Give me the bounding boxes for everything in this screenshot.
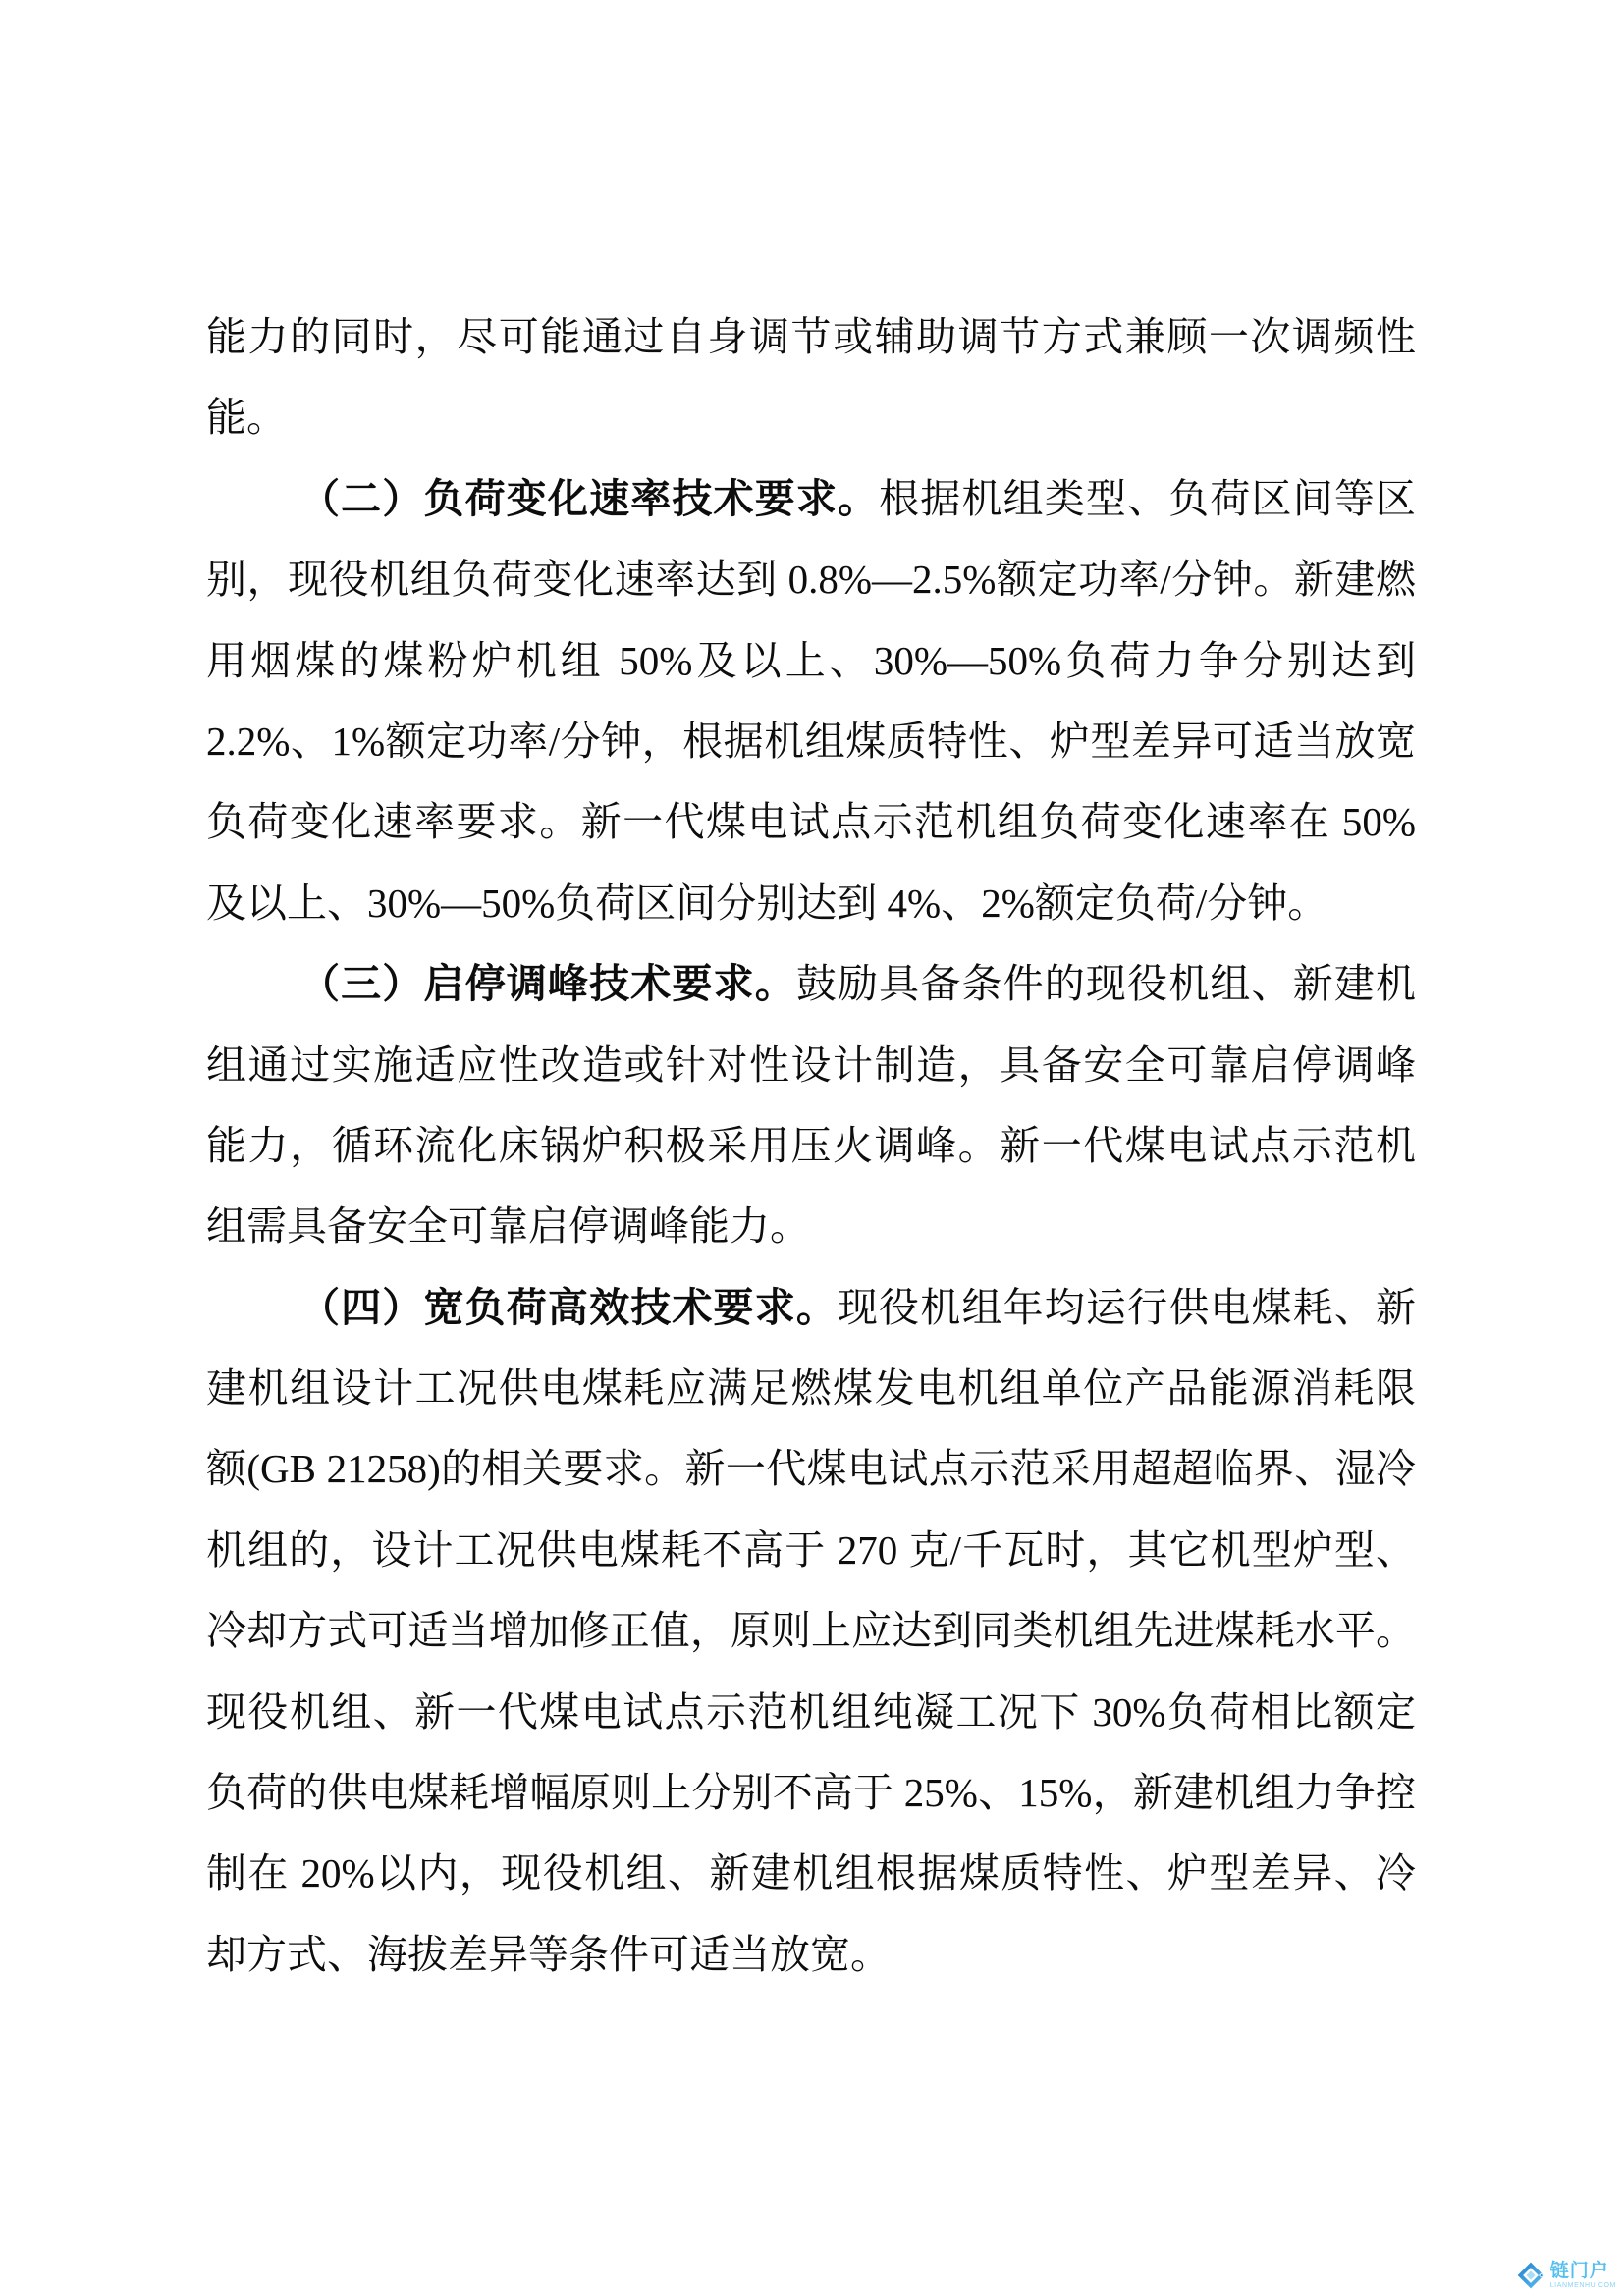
lianmenhu-logo-icon	[1516, 2261, 1545, 2290]
watermark-texts: 链门户 LIANMENHU.COM	[1550, 2262, 1616, 2289]
paragraph: （三）启停调峰技术要求。鼓励具备条件的现役机组、新建机组通过实施适应性改造或针对…	[206, 943, 1416, 1267]
text-line: 冷却方式可适当增加修正值，原则上应达到同类机组先进煤耗水平。	[206, 1590, 1416, 1671]
text-line: 能力的同时，尽可能通过自身调节或辅助调节方式兼顾一次调频性	[206, 296, 1416, 377]
text-line: 机组的，设计工况供电煤耗不高于 270 克/千瓦时，其它机型炉型、	[206, 1510, 1416, 1590]
text-line: 用烟煤的煤粉炉机组 50%及以上、30%—50%负荷力争分别达到	[206, 620, 1416, 701]
watermark: 链门户 LIANMENHU.COM	[1516, 2261, 1616, 2290]
paragraph: （四）宽负荷高效技术要求。现役机组年均运行供电煤耗、新建机组设计工况供电煤耗应满…	[206, 1267, 1416, 1996]
paragraph: 能力的同时，尽可能通过自身调节或辅助调节方式兼顾一次调频性能。	[206, 296, 1416, 458]
text-line: 能力，循环流化床锅炉积极采用压火调峰。新一代煤电试点示范机	[206, 1105, 1416, 1186]
text-line: 负荷变化速率要求。新一代煤电试点示范机组负荷变化速率在 50%	[206, 781, 1416, 862]
document-page: 能力的同时，尽可能通过自身调节或辅助调节方式兼顾一次调频性能。（二）负荷变化速率…	[0, 0, 1624, 2296]
section-heading: （二）负荷变化速率技术要求。	[299, 476, 879, 521]
text-line: （三）启停调峰技术要求。鼓励具备条件的现役机组、新建机	[206, 943, 1416, 1024]
text-line: 额(GB 21258)的相关要求。新一代煤电试点示范采用超超临界、湿冷	[206, 1428, 1416, 1509]
text-line: 组需具备安全可靠启停调峰能力。	[206, 1186, 1416, 1266]
text-line: 制在 20%以内，现役机组、新建机组根据煤质特性、炉型差异、冷	[206, 1833, 1416, 1913]
text-line: 能。	[206, 377, 1416, 457]
text-line: 却方式、海拔差异等条件可适当放宽。	[206, 1914, 1416, 1995]
text-line: 组通过实施适应性改造或针对性设计制造，具备安全可靠启停调峰	[206, 1025, 1416, 1105]
text-line: （四）宽负荷高效技术要求。现役机组年均运行供电煤耗、新	[206, 1267, 1416, 1348]
text-line: 及以上、30%—50%负荷区间分别达到 4%、2%额定负荷/分钟。	[206, 863, 1416, 943]
paragraph: （二）负荷变化速率技术要求。根据机组类型、负荷区间等区别，现役机组负荷变化速率达…	[206, 458, 1416, 943]
watermark-domain: LIANMENHU.COM	[1550, 2282, 1616, 2289]
watermark-title: 链门户	[1550, 2262, 1616, 2280]
document-body: 能力的同时，尽可能通过自身调节或辅助调节方式兼顾一次调频性能。（二）负荷变化速率…	[206, 296, 1416, 1995]
section-heading: （四）宽负荷高效技术要求。	[299, 1285, 838, 1330]
text-line: 2.2%、1%额定功率/分钟，根据机组煤质特性、炉型差异可适当放宽	[206, 701, 1416, 781]
text-line: 建机组设计工况供电煤耗应满足燃煤发电机组单位产品能源消耗限	[206, 1348, 1416, 1428]
text-line: 现役机组、新一代煤电试点示范机组纯凝工况下 30%负荷相比额定	[206, 1672, 1416, 1752]
text-line: 别，现役机组负荷变化速率达到 0.8%—2.5%额定功率/分钟。新建燃	[206, 539, 1416, 619]
text-line: （二）负荷变化速率技术要求。根据机组类型、负荷区间等区	[206, 458, 1416, 539]
text-line: 负荷的供电煤耗增幅原则上分别不高于 25%、15%，新建机组力争控	[206, 1752, 1416, 1833]
section-heading: （三）启停调峰技术要求。	[299, 961, 796, 1006]
